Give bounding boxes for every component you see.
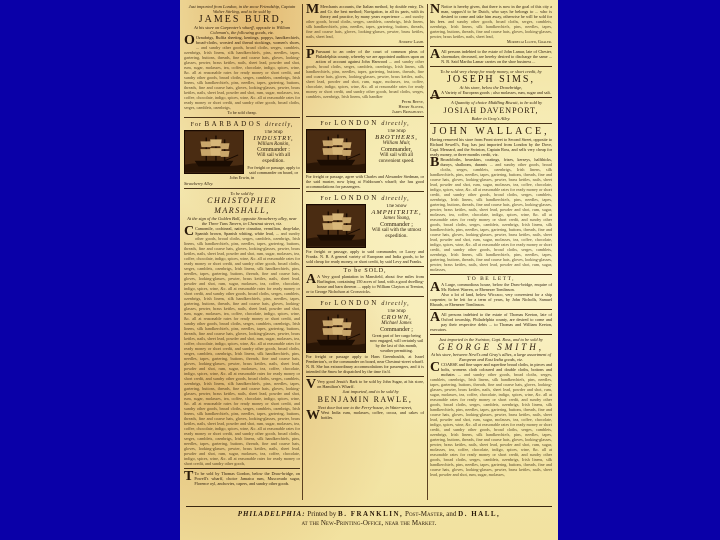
ship-woodcut-icon: [184, 130, 244, 174]
imprint-printer-2: D. HALL,: [458, 510, 500, 518]
column-1: Just imported from London, in the snow F…: [184, 4, 300, 486]
jesuits-body: Very good Jesuit's Bark to be sold by Jo…: [317, 379, 424, 389]
let-body: A Large, commodious house, below the Dra…: [441, 282, 552, 292]
notice-body-filler: and sundry other goods, broad cloths, se…: [306, 59, 424, 99]
drop-cap: W: [306, 410, 320, 422]
imprint-footer: PHILADELPHIA: Printed by B. FRANKLIN, Po…: [186, 506, 552, 528]
freight-note: For freight or passage, apply to said co…: [306, 249, 424, 264]
amphitrite-ship-ad: For LONDON directly, The Snow AMPHITRITE…: [306, 194, 424, 264]
divider: [306, 46, 424, 47]
wallace-filler: and sundry other goods, broad cloths, se…: [430, 162, 552, 272]
divider: [430, 274, 552, 275]
davenport-name: JOSIAH DAVENPORT,: [430, 105, 552, 116]
divider: [306, 191, 424, 192]
column-rule: [427, 4, 428, 500]
ship-woodcut-icon: [306, 204, 366, 248]
davenport-trade: Baker in Gray's Alley.: [430, 116, 552, 121]
divider: [184, 468, 300, 469]
divider: [184, 188, 300, 189]
drop-cap: A: [430, 312, 440, 324]
divider: [184, 117, 300, 118]
burd-body-filler: and sundry other goods, broad cloths, se…: [184, 45, 300, 110]
column-3: N Notice is hereby given, that there is …: [430, 4, 552, 477]
drop-cap: A: [430, 49, 440, 61]
lamar-body: All persons indebted to the estate of Jo…: [441, 49, 552, 64]
barbados-ship-ad: For BARBADOS directly, The Ship INDUSTRY…: [184, 120, 300, 186]
column-2: M Merchants accounts, the Italian method…: [306, 4, 424, 422]
column-rule: [302, 4, 303, 500]
drop-cap: B: [430, 157, 439, 169]
freight-note: For freight or passage, agree with Charl…: [306, 174, 424, 189]
drop-cap: A: [430, 90, 440, 102]
divider: [430, 97, 552, 98]
imprint-printed-by: Printed by: [307, 510, 336, 518]
drop-cap: T: [184, 471, 193, 483]
ship-woodcut-icon: [306, 309, 366, 353]
notice-sign: Mordecai Lloyd, Goaler.: [430, 39, 552, 44]
marshall-body-filler: and sundry other goods, broad cloths, se…: [184, 231, 300, 466]
brothers-ship-ad: For LONDON directly, The Ship BROTHERS, …: [306, 119, 424, 189]
divider: [430, 334, 552, 335]
crown-ship-ad: For LONDON directly, The Ship CROWN, Mic…: [306, 299, 424, 374]
divider: [430, 66, 552, 67]
ship-ad-heading: For LONDON directly,: [306, 194, 424, 203]
keeton-body: All persons indebted to the estate of Th…: [430, 312, 552, 332]
wallace-location: Having removed his store from Front stre…: [430, 137, 552, 157]
drop-cap: A: [430, 282, 440, 294]
notice-sign-3: James Bringhurst.: [306, 109, 424, 114]
imprint-printer-1: B. FRANKLIN,: [338, 510, 403, 518]
newspaper-page: Just imported from London, in the snow F…: [180, 0, 558, 540]
drop-cap: M: [306, 4, 319, 16]
divider: [430, 46, 552, 47]
divider: [306, 296, 424, 297]
imprint-title: Post-Master,: [405, 510, 444, 518]
drop-cap: N: [430, 4, 440, 16]
ship-ad-heading: For LONDON directly,: [306, 299, 424, 308]
burd-name: JAMES BURD,: [184, 14, 300, 25]
notice-filler: and sundry other goods, broad cloths, se…: [430, 19, 552, 39]
imprint-address: at the New-Printing-Office, near the Mar…: [186, 519, 552, 528]
drop-cap: A: [306, 274, 316, 286]
rawle-name: BENJAMIN RAWLE,: [306, 394, 424, 405]
divider: [430, 309, 552, 310]
wallace-name: JOHN WALLACE,: [430, 126, 552, 137]
sims-name: JOSEPH SIMS,: [430, 74, 552, 85]
ship-ad-heading: For BARBADOS directly,: [184, 120, 300, 129]
ship-woodcut-icon: [306, 129, 366, 173]
burd-sign: To be sold cheap.: [184, 110, 300, 115]
divider: [306, 116, 424, 117]
plantation-body: A Very good plantation in Mansfield, abo…: [306, 274, 424, 294]
smith-filler: and sundry other goods, broad cloths, se…: [430, 372, 552, 477]
drop-cap: C: [430, 362, 440, 374]
let-body-2: Also a lot of land, below Wiccaco, very …: [430, 292, 552, 307]
gordon-body: To be sold by Thomas Gordon, below the D…: [194, 471, 300, 486]
lamb-sign: Andrew Lamb.: [306, 39, 424, 44]
rawle-body: West India rum, molasses, coffee, cocoa,…: [321, 410, 424, 420]
divider: [430, 123, 552, 124]
imprint-and: and: [446, 510, 456, 518]
ship-ad-heading: For LONDON directly,: [306, 119, 424, 128]
freight-note: For freight or passage apply to Hans Gre…: [306, 354, 424, 374]
burd-intro: Just imported from London, in the snow F…: [184, 4, 300, 14]
marshall-location: At the sign of the Golden Ball, opposite…: [184, 216, 300, 226]
imprint-city: PHILADELPHIA:: [238, 510, 306, 518]
sims-body: A Variety of European goods ; also molas…: [441, 90, 551, 95]
burd-location: At his store on Carpenter's wharff, oppo…: [184, 25, 300, 35]
smith-name: GEORGE SMITH,: [430, 342, 552, 352]
marshall-name: CHRISTOPHER MARSHALL,: [184, 196, 300, 216]
divider: [306, 376, 424, 377]
drop-cap: P: [306, 49, 315, 61]
drop-cap: C: [184, 226, 194, 238]
smith-location: At his store, between Nevil's and Gray's…: [430, 352, 552, 362]
drop-cap: O: [184, 35, 195, 47]
ship-ad-location: Strawberry Alley.: [184, 181, 300, 186]
drop-cap: V: [306, 379, 316, 391]
divider: [306, 266, 424, 267]
